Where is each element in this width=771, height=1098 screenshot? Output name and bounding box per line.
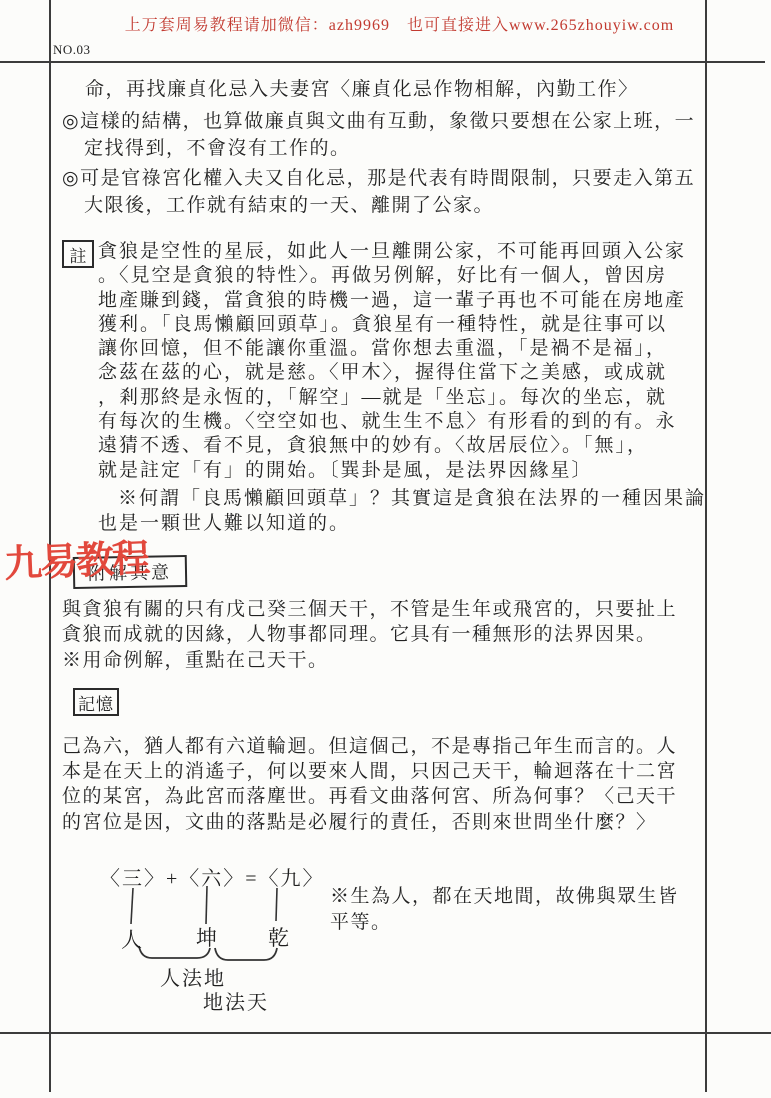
bullet-paragraph-1: ◎這樣的結構，也算做廉貞與文曲有互動，象徵只要想在公家上班，一定找得到，不會沒有…	[62, 108, 695, 162]
intro-line-text: 命，再找廉貞化忌入夫妻宮〈廉貞化忌作物相解，內勤工作〉	[85, 79, 639, 100]
note-remark-paragraph: ※何謂「良馬懶顧回頭草」？其實這是貪狼在法界的一種因果論也是一顆世人難以知道的。	[98, 487, 706, 536]
diagram-term-qian: 乾	[268, 922, 289, 952]
diagram-term-ren: 人	[121, 924, 142, 954]
section2-label-box: 記憶	[73, 688, 119, 716]
bottom-border-rule	[0, 1032, 771, 1034]
top-border-rule	[0, 61, 765, 63]
scanned-document-page: 上万套周易教程请加微信：azh9969 也可直接进入www.265zhouyiw…	[0, 0, 771, 1098]
diagram-side-note: ※生為人，都在天地間，故佛與眾生皆平等。	[330, 884, 679, 936]
page-number: NO.03	[53, 42, 91, 58]
note-label-box: 註	[62, 240, 94, 268]
section1-paragraph: 與貪狼有關的只有戊己癸三個天干，不管是生年或飛宮的，只要扯上貪狼而成就的因緣，人…	[62, 597, 677, 673]
section2-paragraph: 己為六，猶人都有六道輪迴。但這個己，不是專指己年生而言的。人本是在天上的消遙子，…	[62, 734, 677, 835]
note-label: 註	[70, 242, 87, 267]
diagram-brace-label-2: 地法天	[203, 986, 269, 1015]
right-border-rule	[705, 0, 707, 1092]
bullet-paragraph-2: ◎可是官祿宮化權入夫又自化忌，那是代表有時間限制，只要走入第五大限後，工作就有結…	[62, 165, 695, 219]
section2-label: 記憶	[78, 690, 114, 715]
promo-header-text: 上万套周易教程请加微信：azh9969 也可直接进入www.265zhouyiw…	[0, 12, 771, 35]
diagram-term-kun: 坤	[196, 922, 217, 952]
watermark-text: 九易教程	[3, 527, 149, 588]
intro-line: 命，再找廉貞化忌入夫妻宮〈廉貞化忌作物相解，內勤工作〉	[85, 77, 639, 102]
note-paragraph: 貪狼是空性的星辰，如此人一旦離開公家，不可能再回頭入公家。〈見空是貪狼的特性〉。…	[98, 240, 686, 483]
